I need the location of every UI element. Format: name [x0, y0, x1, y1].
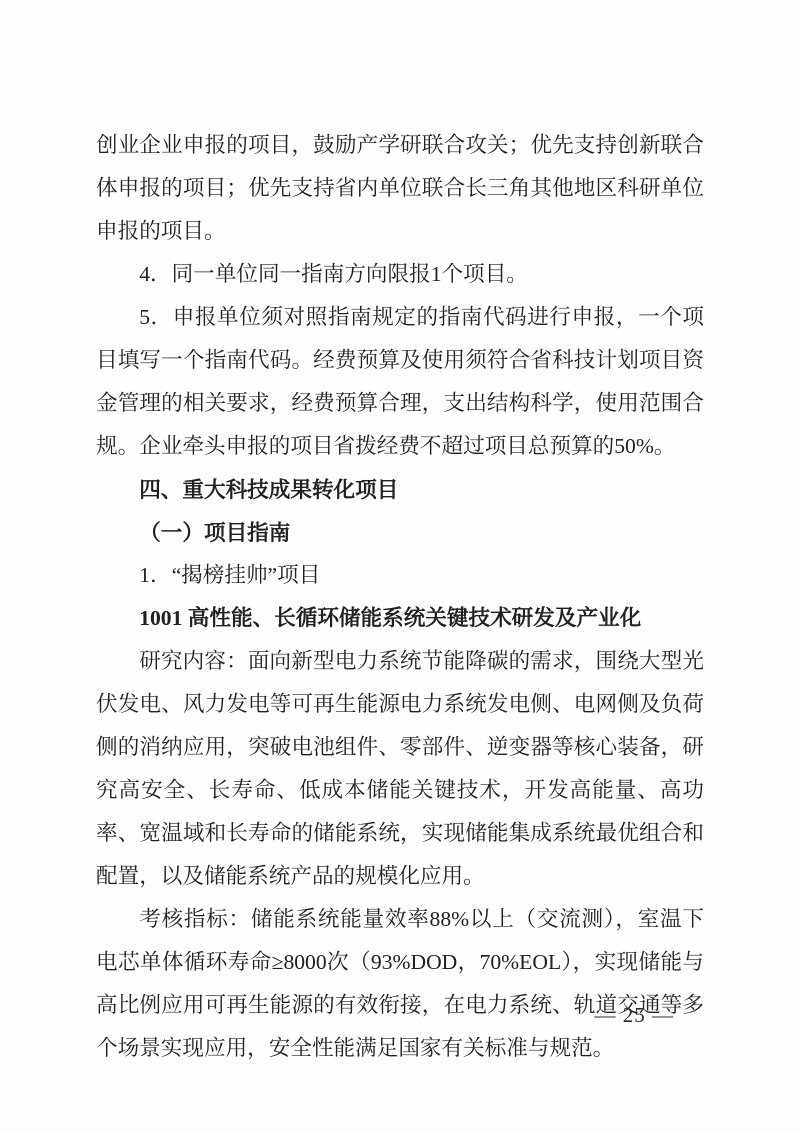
- item-heading-jiebang-guashuai: 1．“揭榜挂帅”项目: [96, 554, 704, 597]
- document-page: 创业企业申报的项目，鼓励产学研联合攻关；优先支持创新联合体申报的项目；优先支持省…: [0, 0, 800, 1131]
- document-content: 创业企业申报的项目，鼓励产学研联合攻关；优先支持创新联合体申报的项目；优先支持省…: [96, 124, 704, 1070]
- paragraph-item-5: 5．申报单位须对照指南规定的指南代码进行申报，一个项目填写一个指南代码。经费预算…: [96, 296, 704, 468]
- subsection-heading-project-guide: （一）项目指南: [96, 511, 704, 554]
- section-heading-major-transformation-projects: 四、重大科技成果转化项目: [96, 468, 704, 511]
- paragraph-assessment-metrics: 考核指标：储能系统能量效率88%以上（交流测），室温下电芯单体循环寿命≥8000…: [96, 898, 704, 1070]
- paragraph-continuation: 创业企业申报的项目，鼓励产学研联合攻关；优先支持创新联合体申报的项目；优先支持省…: [96, 124, 704, 253]
- paragraph-item-4: 4．同一单位同一指南方向限报1个项目。: [96, 253, 704, 296]
- paragraph-research-content: 研究内容：面向新型电力系统节能降碳的需求，围绕大型光伏发电、风力发电等可再生能源…: [96, 640, 704, 898]
- page-number: — 25 —: [595, 1000, 675, 1030]
- project-code-1001-heading: 1001 高性能、长循环储能系统关键技术研发及产业化: [96, 597, 704, 640]
